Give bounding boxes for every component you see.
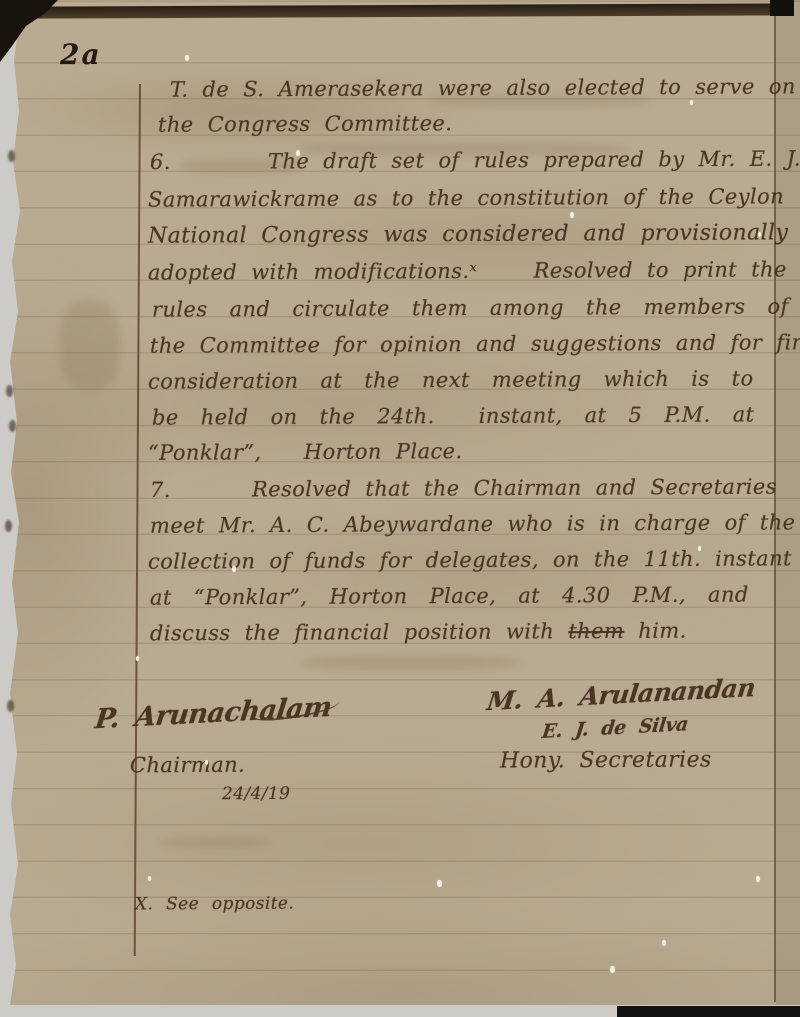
folio-number: 2a [60,38,102,71]
paper-speck [756,876,760,882]
chairman-title: Chairman. [130,755,245,777]
scanner-mark-top-right [770,0,794,16]
handwritten-line-15: at “Ponklar”, Horton Place, at 4.30 P.M.… [150,584,749,608]
handwritten-line-9: consideration at the next meeting which … [148,368,754,392]
handwritten-line-16: discuss the financial position with them… [150,621,687,645]
paper-speck [570,212,574,218]
ink-show-through [180,158,300,174]
paper-speck [185,55,189,61]
torn-edge-mark [9,420,16,432]
handwritten-line-11: “Ponklar”, Horton Place. [148,441,463,464]
handwritten-line-6: adopted with modifications.ˣ Resolved to… [148,259,787,283]
handwritten-line-7: rules and circulate them among the membe… [152,296,789,320]
torn-edge-mark [6,385,13,397]
handwritten-line-10: be held on the 24th. instant, at 5 P.M. … [152,404,755,428]
ink-show-through [430,95,650,107]
handwritten-line-14: collection of funds for delegates, on th… [148,548,792,572]
page-fold-shade [776,0,800,1005]
ink-show-through [160,838,270,848]
paper-speck [690,100,693,105]
handwritten-line-12: Resolved that the Chairman and Secretari… [252,477,777,501]
handwritten-line-8: the Committee for opinion and suggestion… [150,332,800,357]
paper-speck [437,880,442,887]
ink-show-through [300,142,630,156]
ink-show-through [60,300,120,390]
paper-speck [232,566,236,572]
paper-speck [758,232,761,237]
torn-edge-mark [8,150,15,162]
paper-speck [662,940,666,946]
torn-edge-mark [5,520,12,532]
handwritten-line-5: National Congress was considered and pro… [148,222,788,247]
paper-speck [148,876,151,881]
handwritten-line-4: Samarawickrame as to the constitution of… [148,186,784,210]
ink-show-through [300,655,520,671]
line-text: discuss the financial position with [150,619,568,645]
item-number-6: 6. [150,152,171,173]
secretaries-title: Hony. Secretaries [500,749,712,772]
paper-speck [296,150,300,156]
scanned-manuscript-page: 2a T. de S. Amerasekera were also electe… [0,0,800,1017]
paper-speck [205,760,208,765]
handwritten-line-2: the Congress Committee. [158,113,452,136]
footnote: X. See opposite. [135,896,294,914]
paper-speck [136,656,139,661]
torn-edge-mark [7,700,14,712]
line-text: him. [624,619,687,643]
paper-speck [698,546,701,551]
handwritten-line-13: meet Mr. A. C. Abeywardane who is in cha… [150,512,796,536]
item-number-7: 7. [150,480,171,501]
minute-date: 24/4/19 [222,786,290,803]
scanner-mark-bottom-right [617,1006,800,1017]
paper-speck [610,966,615,973]
struck-word: them [568,619,624,643]
